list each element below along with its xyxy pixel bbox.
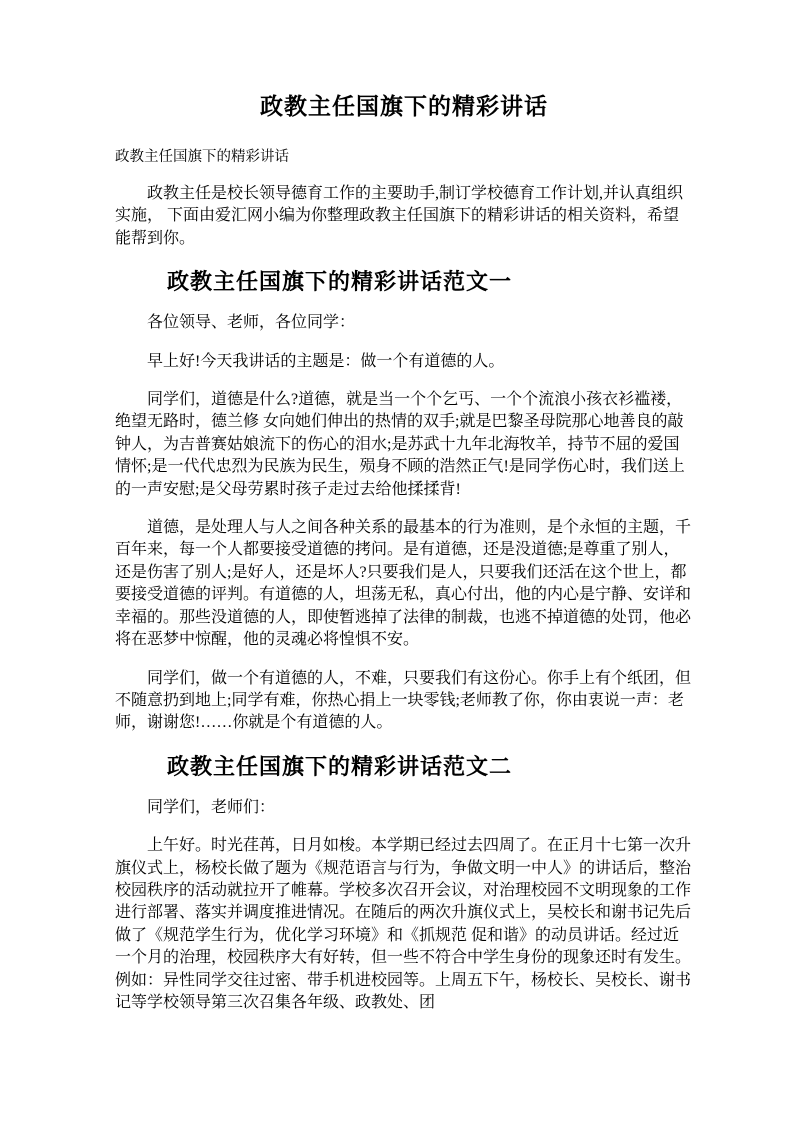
section-1-salutation: 各位领导、老师，各位同学：: [115, 312, 693, 334]
section-1-paragraph-morality-rules: 道德，是处理人与人之间各种关系的最基本的行为准则，是个永恒的主题，千百年来，每一…: [115, 517, 693, 651]
section-2-paragraph-campus-order: 上午好。时光荏苒，日月如梭。本学期已经过去四周了。在正月十七第一次升旗仪式上，杨…: [115, 835, 693, 1014]
section-2-heading: 政教主任国旗下的精彩讲话范文二: [115, 753, 693, 781]
document-page: 政教主任国旗下的精彩讲话 政教主任国旗下的精彩讲话 政教主任是校长领导德育工作的…: [0, 0, 793, 1122]
intro-paragraph: 政教主任是校长领导德育工作的主要助手,制订学校德育工作计划,并认真组织实施， 下…: [115, 183, 693, 250]
section-1-paragraph-greeting: 早上好!今天我讲话的主题是：做一个有道德的人。: [115, 351, 693, 373]
section-1-paragraph-what-is-morality: 同学们，道德是什么?道德，就是当一个个乞丐、一个个流浪小孩衣衫褴褛，绝望无路时，…: [115, 389, 693, 501]
section-2-salutation: 同学们，老师们：: [115, 797, 693, 819]
section-1-paragraph-conclusion: 同学们，做一个有道德的人，不难，只要我们有这份心。你手上有个纸团，但不随意扔到地…: [115, 668, 693, 735]
document-title: 政教主任国旗下的精彩讲话: [115, 92, 693, 122]
document-subtitle: 政教主任国旗下的精彩讲话: [115, 147, 693, 167]
section-1-heading: 政教主任国旗下的精彩讲话范文一: [115, 268, 693, 296]
